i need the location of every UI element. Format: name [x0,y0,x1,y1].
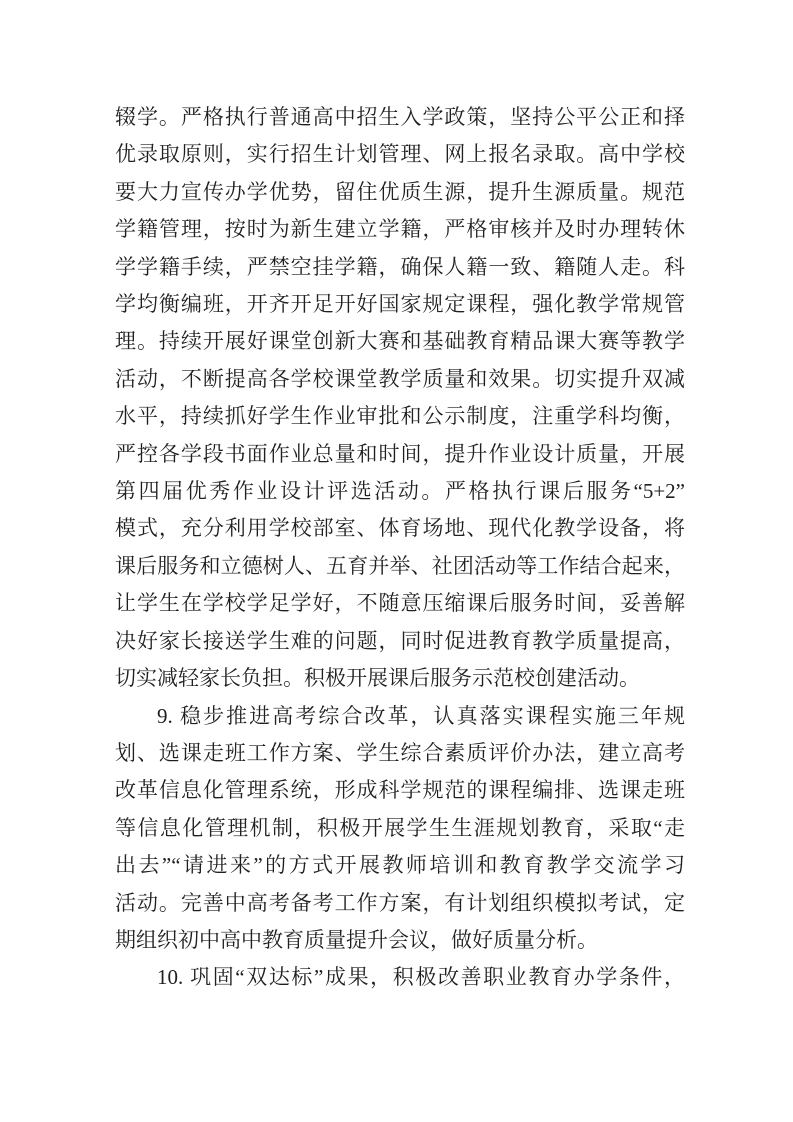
document-line-paragraph-10-start: 10. 巩固“双达标”成果，积极改善职业教育办学条件， [115,959,685,996]
document-line: 辍学。严格执行普通高中招生入学政策，坚持公平公正和择 [115,99,685,136]
document-line: 改革信息化管理系统，形成科学规范的课程编排、选课走班 [115,772,685,809]
document-line: 让学生在学校学足学好，不随意压缩课后服务时间，妥善解 [115,585,685,622]
document-line: 模式，充分利用学校部室、体育场地、现代化教学设备，将 [115,510,685,547]
document-line-paragraph-end: 期组织初中高中教育质量提升会议，做好质量分析。 [115,922,685,959]
document-line: 课后服务和立德树人、五育并举、社团活动等工作结合起来， [115,548,685,585]
document-line: 学学籍手续，严禁空挂学籍，确保人籍一致、籍随人走。科 [115,249,685,286]
document-line: 优录取原则，实行招生计划管理、网上报名录取。高中学校 [115,136,685,173]
document-line: 水平，持续抓好学生作业审批和公示制度，注重学科均衡， [115,398,685,435]
document-line: 理。持续开展好课堂创新大赛和基础教育精品课大赛等教学 [115,323,685,360]
document-line-paragraph-end: 切实减轻家长负担。积极开展课后服务示范校创建活动。 [115,660,685,697]
document-line-paragraph-9-start: 9. 稳步推进高考综合改革，认真落实课程实施三年规 [115,698,685,735]
document-line: 活动。完善中高考备考工作方案，有计划组织模拟考试，定 [115,885,685,922]
document-line: 划、选课走班工作方案、学生综合素质评价办法，建立高考 [115,735,685,772]
document-line: 决好家长接送学生难的问题，同时促进教育教学质量提高， [115,623,685,660]
document-line: 出去”“请进来”的方式开展教师培训和教育教学交流学习 [115,847,685,884]
document-line: 等信息化管理机制，积极开展学生生涯规划教育，采取“走 [115,810,685,847]
document-line: 学均衡编班，开齐开足开好国家规定课程，强化教学常规管 [115,286,685,323]
document-line: 严控各学段书面作业总量和时间，提升作业设计质量，开展 [115,436,685,473]
document-line: 学籍管理，按时为新生建立学籍，严格审核并及时办理转休 [115,211,685,248]
document-line: 要大力宣传办学优势，留住优质生源，提升生源质量。规范 [115,174,685,211]
document-text-block: 辍学。严格执行普通高中招生入学政策，坚持公平公正和择 优录取原则，实行招生计划管… [115,99,685,997]
document-line: 活动，不断提高各学校课堂教学质量和效果。切实提升双减 [115,361,685,398]
document-page: 辍学。严格执行普通高中招生入学政策，坚持公平公正和择 优录取原则，实行招生计划管… [0,0,793,1122]
document-line: 第四届优秀作业设计评选活动。严格执行课后服务“5+2” [115,473,685,510]
